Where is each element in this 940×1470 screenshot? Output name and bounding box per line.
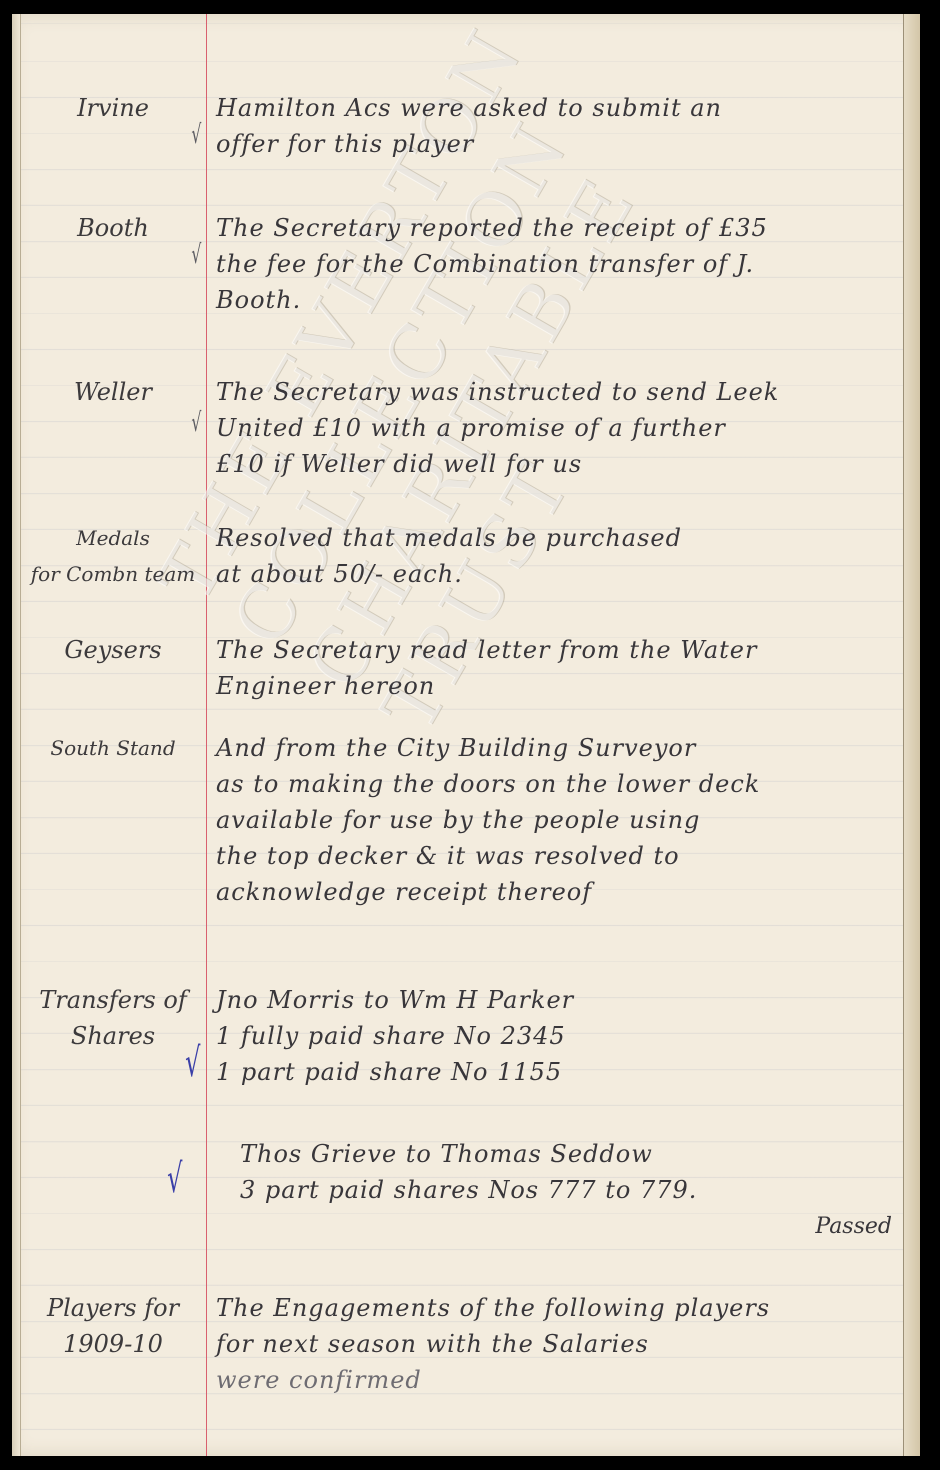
minute-text: The Secretary read letter from the Water… <box>216 632 906 704</box>
minute-text: The Engagements of the following players… <box>216 1290 906 1398</box>
minute-text: Hamilton Acs were asked to submit an off… <box>216 90 906 162</box>
margin-label: Weller <box>28 374 198 410</box>
blue-check-mark-icon: √ <box>185 1040 200 1086</box>
margin-label: Transfers of Shares <box>28 982 198 1054</box>
margin-rule <box>206 14 207 1456</box>
minute-text: Resolved that medals be purchased at abo… <box>216 520 906 592</box>
blue-check-mark-icon: √ <box>167 1156 182 1202</box>
ledger-page: THE EVERTON COLLECTION CHARITABLE TRUST … <box>12 14 920 1456</box>
check-mark-icon: √ <box>191 240 201 270</box>
minute-text: The Secretary reported the receipt of £3… <box>216 210 906 318</box>
margin-label: Booth <box>28 210 198 246</box>
margin-label: Medals for Combn team <box>28 520 198 592</box>
margin-label: Irvine <box>28 90 198 126</box>
margin-label: Geysers <box>28 632 198 668</box>
page-left-edge <box>12 14 21 1456</box>
check-mark-icon: √ <box>191 120 201 150</box>
check-mark-icon: √ <box>191 408 201 438</box>
minute-text: Jno Morris to Wm H Parker 1 fully paid s… <box>216 982 906 1090</box>
minute-text: The Secretary was instructed to send Lee… <box>216 374 906 482</box>
minute-text: Thos Grieve to Thomas Seddow 3 part paid… <box>240 1136 920 1208</box>
passed-annotation: Passed <box>815 1214 892 1239</box>
margin-label: Players for 1909-10 <box>28 1290 198 1362</box>
minute-text: And from the City Building Surveyor as t… <box>216 730 906 910</box>
margin-label: South Stand <box>28 730 198 766</box>
